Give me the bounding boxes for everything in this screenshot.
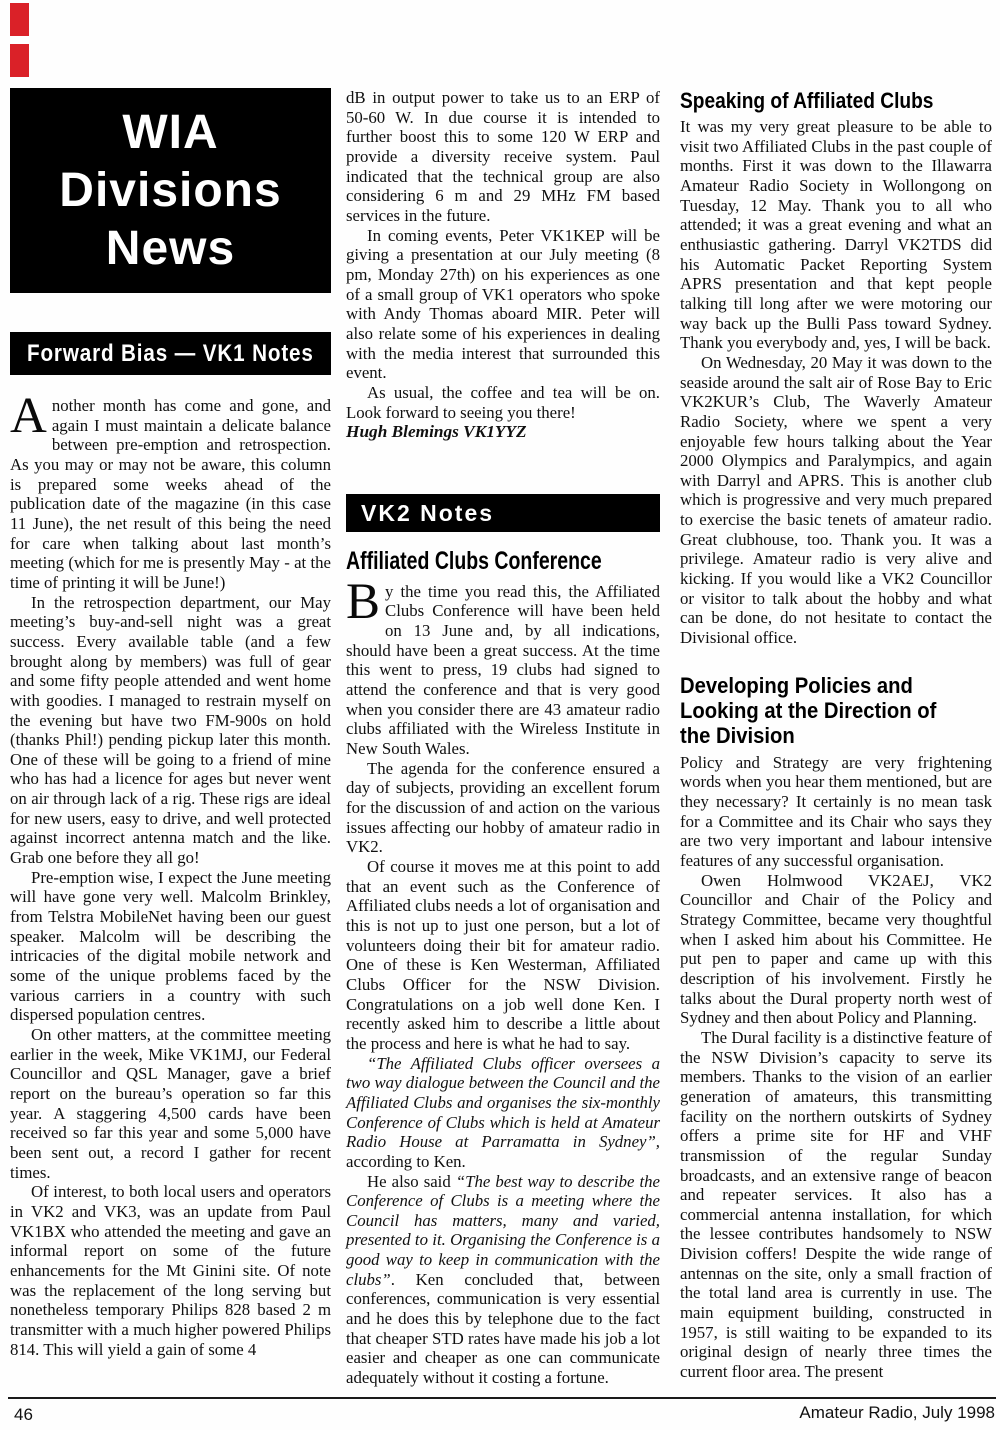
vk2-paragraph-2: The agenda for the conference ensured a … (346, 759, 660, 857)
page-footer: 46 Amateur Radio, July 1998 (0, 1397, 1000, 1430)
vk1-paragraph-2: In the retrospection department, our May… (10, 593, 331, 868)
heading-line: Developing Policies and (680, 673, 967, 698)
vk2-paragraph-7: On Wednesday, 20 May it was down to the … (680, 353, 992, 648)
red-registration-mark (10, 3, 29, 36)
vk2-paragraph-6: It was my very great pleasure to be able… (680, 117, 992, 353)
vk1-paragraph-1-text: nother month has come and gone, and agai… (10, 396, 331, 592)
heading-line: the Division (680, 723, 967, 748)
drop-cap: B (346, 582, 385, 622)
vk1-paragraph-3: Pre-emption wise, I expect the June meet… (10, 868, 331, 1025)
section-bar-label: Forward Bias — VK1 Notes (27, 332, 314, 375)
section-bar-forward-bias-vk1: Forward Bias — VK1 Notes (10, 332, 331, 375)
heading-line: Looking at the Direction of (680, 698, 967, 723)
masthead-line-news: News (10, 220, 331, 278)
footer-rule (8, 1397, 996, 1399)
heading-text: Speaking of Affiliated Clubs (680, 88, 933, 113)
heading-speaking-of-affiliated-clubs: Speaking of Affiliated Clubs (680, 88, 992, 113)
heading-affiliated-clubs-conference: Affiliated Clubs Conference (346, 547, 660, 575)
vk1-paragraph-5: Of interest, to both local users and ope… (10, 1182, 331, 1359)
section-bar-label: VK2 Notes (361, 494, 494, 532)
quote-text: “The Affiliated Clubs officer oversees a… (346, 1054, 660, 1152)
vk2-paragraph-4: “The Affiliated Clubs officer oversees a… (346, 1054, 660, 1172)
masthead-line-divisions: Divisions (10, 162, 331, 220)
vk1-paragraph-7: In coming events, Peter VK1KEP will be g… (346, 226, 660, 383)
column-left: WIA Divisions News Forward Bias — VK1 No… (10, 88, 331, 1359)
quote-lead: He also said (367, 1172, 456, 1191)
magazine-page: WIA Divisions News Forward Bias — VK1 No… (0, 0, 1000, 1430)
heading-text: Affiliated Clubs Conference (346, 547, 602, 575)
column-middle: dB in output power to take us to an ERP … (346, 88, 660, 1388)
quote-attribution: according to Ken. (346, 1152, 466, 1171)
vk2-paragraph-1: By the time you read this, the Affiliate… (346, 582, 660, 759)
section-bar-vk2-notes: VK2 Notes (346, 494, 660, 532)
quote-tail: . Ken concluded that, between conference… (346, 1270, 660, 1387)
vk2-paragraph-5: He also said “The best way to describe t… (346, 1172, 660, 1388)
wia-divisions-news-masthead: WIA Divisions News (10, 88, 331, 293)
column-right: Speaking of Affiliated Clubs It was my v… (680, 88, 992, 1382)
vk1-paragraph-6: dB in output power to take us to an ERP … (346, 88, 660, 226)
journal-title: Amateur Radio, July 1998 (799, 1403, 995, 1423)
page-number: 46 (14, 1405, 33, 1425)
drop-cap: A (10, 396, 52, 436)
vk2-paragraph-10: The Dural facility is a distinctive feat… (680, 1028, 992, 1382)
vk1-byline: Hugh Blemings VK1YYZ (346, 422, 660, 442)
red-registration-mark (10, 44, 29, 77)
vk2-paragraph-9: Owen Holmwood VK2AEJ, VK2 Councillor and… (680, 871, 992, 1028)
vk1-paragraph-8: As usual, the coffee and tea will be on.… (346, 383, 660, 422)
vk1-paragraph-1: Another month has come and gone, and aga… (10, 396, 331, 593)
masthead-line-wia: WIA (10, 104, 331, 162)
vk2-paragraph-1-text: y the time you read this, the Affiliated… (346, 582, 660, 758)
vk2-paragraph-8: Policy and Strategy are very frightening… (680, 753, 992, 871)
heading-developing-policies: Developing Policies and Looking at the D… (680, 673, 992, 748)
vk1-paragraph-4: On other matters, at the committee meeti… (10, 1025, 331, 1182)
vk2-paragraph-3: Of course it moves me at this point to a… (346, 857, 660, 1054)
